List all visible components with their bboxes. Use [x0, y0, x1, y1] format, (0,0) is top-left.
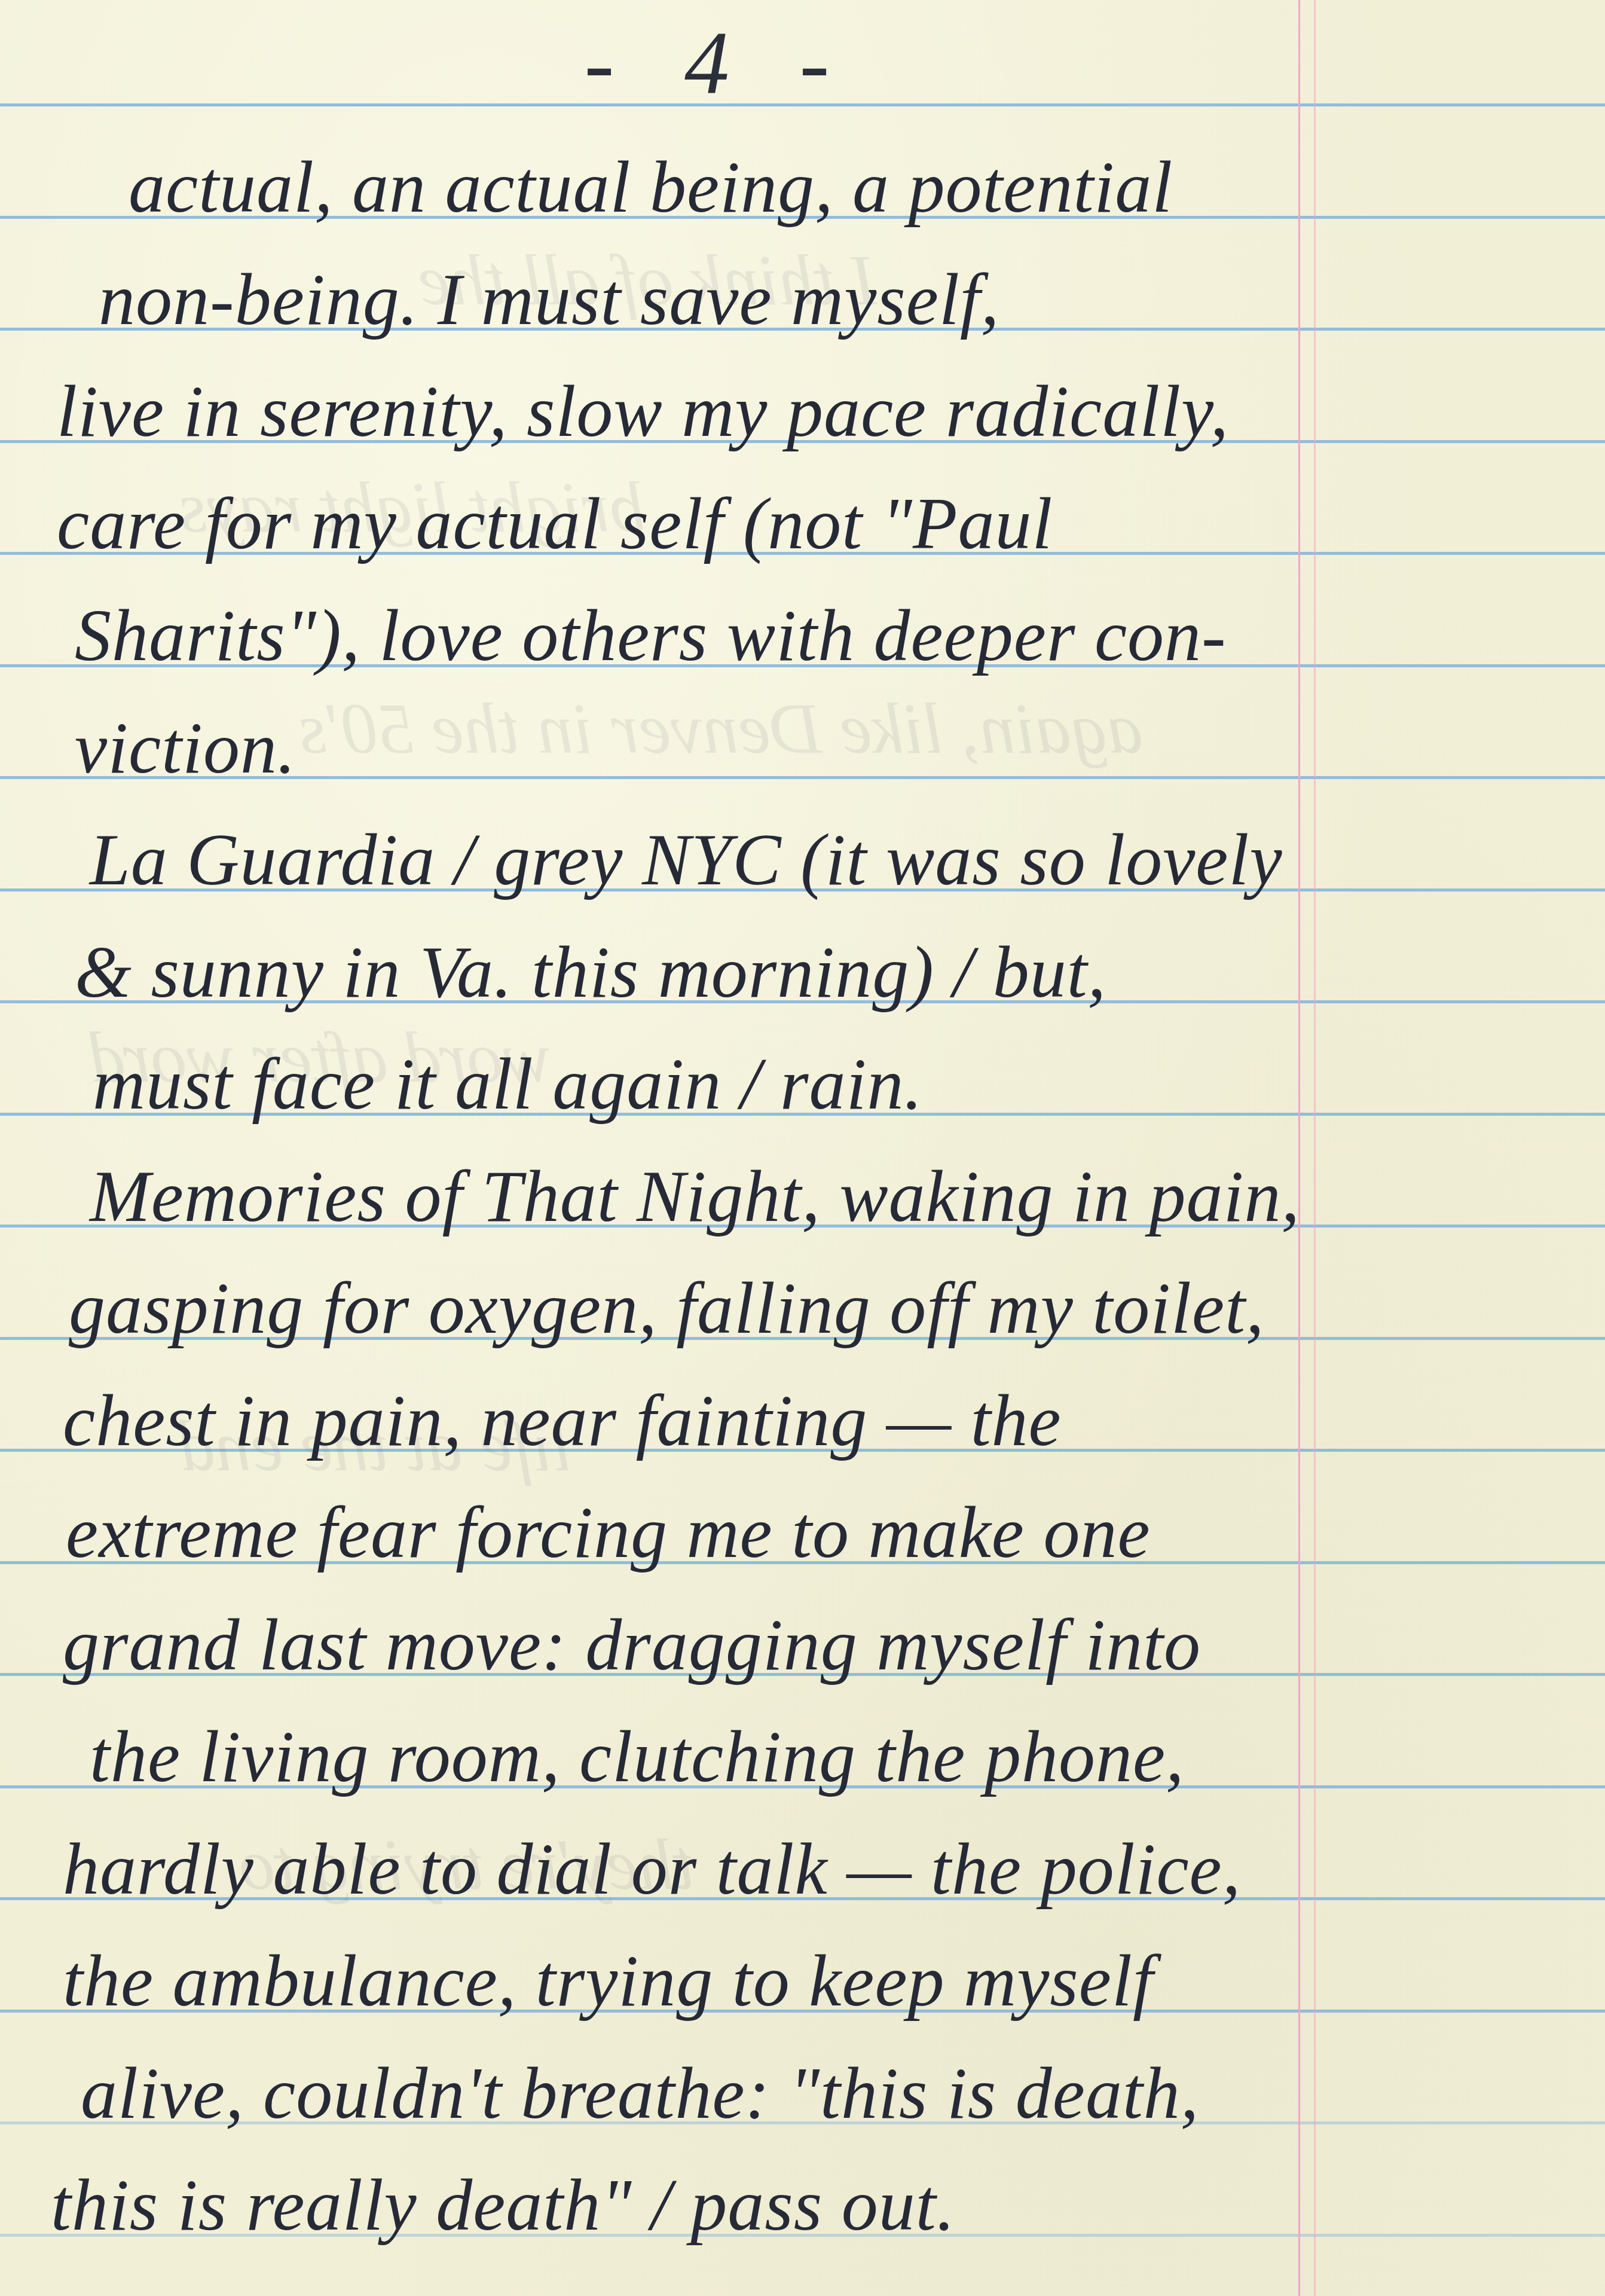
- text-line: live in serenity, slow my pace radically…: [57, 375, 1229, 448]
- text-line: must face it all again / rain.: [93, 1048, 923, 1121]
- text-line: actual, an actual being, a potential: [129, 151, 1173, 224]
- margin-line: [1298, 0, 1300, 2296]
- text-line: the ambulance, trying to keep myself: [63, 1945, 1154, 2018]
- text-line: & sunny in Va. this morning) / but,: [75, 936, 1106, 1009]
- text-line: the living room, clutching the phone,: [90, 1721, 1185, 1794]
- text-line: chest in pain, near fainting — the: [63, 1385, 1062, 1458]
- text-line: hardly able to dial or talk — the police…: [63, 1833, 1241, 1906]
- text-line: care for my actual self (not "Paul: [57, 488, 1053, 561]
- notebook-page: I think of all the bright light rays aga…: [0, 0, 1605, 2296]
- text-line: gasping for oxygen, falling off my toile…: [69, 1272, 1265, 1345]
- text-line: non-being. I must save myself,: [99, 264, 999, 337]
- margin-line: [1314, 0, 1316, 2296]
- text-line: Memories of That Night, waking in pain,: [90, 1161, 1300, 1234]
- text-line: viction.: [75, 712, 296, 785]
- text-line: Sharits"), love others with deeper con-: [75, 600, 1227, 673]
- text-line: grand last move: dragging myself into: [63, 1609, 1201, 1682]
- text-line: alive, couldn't breathe: "this is death,: [81, 2057, 1199, 2130]
- text-line: this is really death" / pass out.: [51, 2169, 955, 2242]
- text-line: La Guardia / grey NYC (it was so lovely: [90, 824, 1283, 897]
- page-number: - 4 -: [0, 12, 1521, 115]
- text-line: extreme fear forcing me to make one: [66, 1497, 1151, 1570]
- bleed-through: again, like Denver in the 50's: [299, 688, 1143, 770]
